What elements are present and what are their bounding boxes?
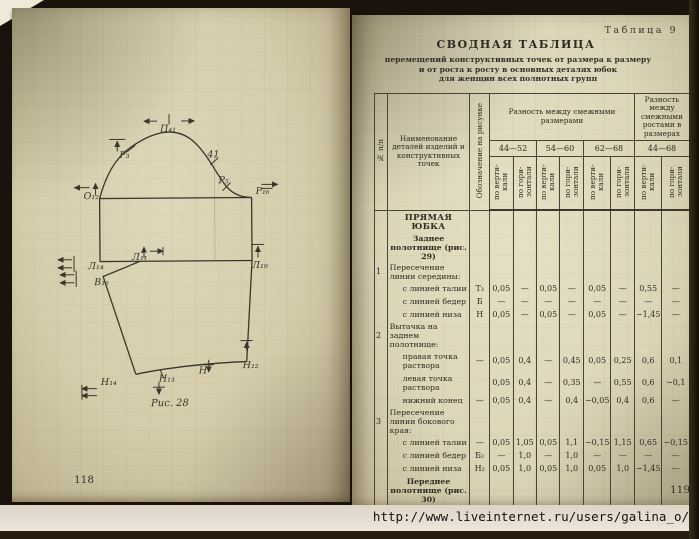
diagram-point-label: О₁₂ — [84, 191, 99, 202]
construction-line — [214, 156, 215, 261]
value-cell: — — [662, 449, 690, 462]
page-number-right: 119 — [670, 484, 690, 496]
pattern-diagram-svg — [12, 8, 350, 502]
row-label-cell: Вытачка на заднем полотнище: — [387, 321, 470, 350]
value-cell: — — [537, 295, 560, 308]
value-cell: — — [560, 295, 583, 308]
row-number-cell — [375, 295, 388, 308]
row-symbol-cell — [470, 372, 490, 394]
table-row: 1Пересечение линии середины: — [375, 262, 690, 282]
value-cell: — — [537, 350, 560, 372]
value-cell: 1,0 — [513, 462, 536, 475]
diagram-point-label: Л₁₄ — [88, 261, 104, 272]
value-cell: — — [537, 372, 560, 394]
value-cell: 0,05 — [537, 462, 560, 475]
value-cell — [513, 321, 536, 350]
table-row: с линией бедерБ₂—1,0—1,0———— — [375, 449, 690, 462]
value-cell — [611, 321, 634, 350]
col-header-horizontal: по гори- зонтали — [662, 157, 690, 211]
row-label-cell: с линией бедер — [387, 449, 470, 462]
value-cell: 0,55 — [634, 282, 662, 295]
value-cell: — — [513, 295, 536, 308]
row-symbol-cell — [470, 321, 490, 350]
value-cell — [611, 232, 634, 262]
value-cell — [611, 407, 634, 436]
row-number-cell — [375, 462, 388, 475]
value-cell — [634, 321, 662, 350]
value-cell: 0,05 — [583, 282, 611, 295]
value-cell: −1,45 — [634, 308, 662, 321]
value-cell — [634, 262, 662, 282]
value-cell: 1,15 — [611, 436, 634, 449]
value-cell: — — [662, 394, 690, 407]
value-cell — [537, 232, 560, 262]
value-cell: 0,05 — [490, 436, 513, 449]
value-cell: — — [662, 308, 690, 321]
pattern-diagram: П₄₁Р₃41Р₅О₁₂Р₁₆Л₁₄Л₁₁Л₁₉В₁₆Н₁₄Н₁₃НН₁₂ Ри… — [12, 8, 350, 502]
summary-table: № п/п Наименование деталей изделий и кон… — [374, 93, 690, 507]
row-symbol-cell — [470, 475, 490, 505]
row-symbol-cell: Т₃ — [470, 282, 490, 295]
figure-caption: Рис. 28 — [151, 398, 189, 409]
row-label-cell: нижний конец — [387, 394, 470, 407]
diagram-point-label: Р₁₆ — [256, 186, 270, 197]
value-cell: 0,55 — [611, 372, 634, 394]
value-cell: 0,05 — [490, 308, 513, 321]
value-cell: 0,4 — [611, 394, 634, 407]
diagram-point-label: П₄₁ — [160, 124, 176, 135]
value-cell — [560, 262, 583, 282]
value-cell — [634, 232, 662, 262]
table-row: 2Вытачка на заднем полотнище: — [375, 321, 690, 350]
value-cell — [560, 210, 583, 232]
page-subtitle: перемещений конструктивных точек от разм… — [352, 55, 684, 84]
value-cell: — — [611, 308, 634, 321]
value-cell: 1,05 — [513, 436, 536, 449]
value-cell — [634, 407, 662, 436]
row-number-cell: 1 — [375, 262, 388, 282]
col-header-vertical: по верти- кали — [537, 157, 560, 211]
value-cell: 0,6 — [634, 372, 662, 394]
value-cell — [490, 475, 513, 505]
value-cell — [513, 475, 536, 505]
value-cell — [583, 321, 611, 350]
value-cell — [513, 232, 536, 262]
value-cell: — — [560, 282, 583, 295]
row-symbol-cell: — — [470, 436, 490, 449]
value-cell — [662, 407, 690, 436]
row-label-cell: ПРЯМАЯ ЮБКА — [387, 210, 470, 232]
value-cell — [537, 321, 560, 350]
value-cell: 0,4 — [513, 372, 536, 394]
value-cell: 0,05 — [490, 350, 513, 372]
value-cell: 1,0 — [560, 462, 583, 475]
value-cell — [490, 232, 513, 262]
value-cell: — — [583, 449, 611, 462]
row-symbol-cell: Б₂ — [470, 449, 490, 462]
col-header-symbol: Обозначение на рисунке — [470, 94, 490, 211]
subtitle-line: и от роста к росту в основных деталях юб… — [352, 65, 684, 75]
row-label-cell: с линией талии — [387, 436, 470, 449]
row-number-cell — [375, 436, 388, 449]
value-cell: 0,05 — [583, 308, 611, 321]
value-cell: — — [513, 282, 536, 295]
pattern-outline — [99, 132, 253, 375]
col-group-growth: Разность между смежными ростами в размер… — [634, 94, 689, 141]
left-page: П₄₁Р₃41Р₅О₁₂Р₁₆Л₁₄Л₁₁Л₁₉В₁₆Н₁₄Н₁₃НН₁₂ Ри… — [12, 8, 350, 502]
direction-marks — [57, 113, 279, 400]
diagram-point-label: В₁₆ — [94, 277, 109, 288]
value-cell — [634, 210, 662, 232]
page-number-left: 118 — [74, 474, 94, 486]
diagram-point-label: Р₃ — [119, 150, 129, 161]
value-cell — [611, 210, 634, 232]
right-page: Таблица 9 СВОДНАЯ ТАБЛИЦА перемещений ко… — [352, 15, 690, 507]
value-cell: 0,4 — [560, 394, 583, 407]
row-number-cell — [375, 394, 388, 407]
value-cell: −0,15 — [583, 436, 611, 449]
value-cell — [583, 475, 611, 505]
value-cell: — — [662, 462, 690, 475]
table-row: Переднее полотнище (рис. 30) — [375, 475, 690, 505]
value-cell: 0,05 — [537, 436, 560, 449]
value-cell: — — [662, 295, 690, 308]
value-cell — [662, 321, 690, 350]
value-cell: — — [490, 449, 513, 462]
value-cell — [583, 407, 611, 436]
value-cell: 1,1 — [560, 436, 583, 449]
row-number-cell — [375, 350, 388, 372]
diagram-point-label: Л₁₁ — [132, 252, 148, 263]
value-cell — [662, 232, 690, 262]
value-cell — [634, 475, 662, 505]
table-row: с линией бедерБ———————— — [375, 295, 690, 308]
value-cell: — — [634, 449, 662, 462]
value-cell: 0,05 — [583, 350, 611, 372]
value-cell — [611, 475, 634, 505]
row-symbol-cell: Н — [470, 308, 490, 321]
value-cell — [513, 262, 536, 282]
row-label-cell: с линией низа — [387, 308, 470, 321]
value-cell: 0,05 — [537, 308, 560, 321]
value-cell — [490, 407, 513, 436]
row-number-cell — [375, 475, 388, 505]
value-cell: −0,15 — [662, 436, 690, 449]
value-cell: 0,05 — [490, 372, 513, 394]
row-symbol-cell: Н₂ — [470, 462, 490, 475]
col-header-horizontal: по гори- зонтали — [611, 157, 634, 211]
value-cell — [560, 407, 583, 436]
col-header-num: № п/п — [375, 94, 388, 211]
value-cell: — — [611, 295, 634, 308]
value-cell — [583, 262, 611, 282]
value-cell: — — [537, 394, 560, 407]
value-cell — [662, 210, 690, 232]
value-cell: — — [583, 295, 611, 308]
table-row: с линией талии—0,051,050,051,1−0,151,150… — [375, 436, 690, 449]
value-cell — [513, 210, 536, 232]
table-row: 3Пересечение линии бокового края: — [375, 407, 690, 436]
subtitle-line: перемещений конструктивных точек от разм… — [352, 55, 684, 65]
value-cell: — — [513, 308, 536, 321]
row-label-cell: Пересечение линии середины: — [387, 262, 470, 282]
row-symbol-cell: — — [470, 394, 490, 407]
value-cell: 1,0 — [513, 449, 536, 462]
value-cell: 1,0 — [611, 462, 634, 475]
col-header-vertical: по верти- кали — [490, 157, 513, 211]
watermark-url: http://www.liveinternet.ru/users/galina_… — [373, 509, 689, 524]
table-row: Заднее полотнище (рис. 29) — [375, 232, 690, 262]
row-number-cell — [375, 449, 388, 462]
table-row: с линией низаН₂0,051,00,051,00,051,0−1,4… — [375, 462, 690, 475]
row-label-cell: Заднее полотнище (рис. 29) — [387, 232, 470, 262]
row-label-cell: Пересечение линии бокового края: — [387, 407, 470, 436]
value-cell — [490, 262, 513, 282]
diagram-point-label: Л₁₉ — [252, 260, 268, 271]
table-tag: Таблица 9 — [605, 25, 678, 36]
row-symbol-cell — [470, 407, 490, 436]
table-row: левая точка раствора0,050,4—0,35—0,550,6… — [375, 372, 690, 394]
value-cell: — — [611, 449, 634, 462]
row-symbol-cell — [470, 262, 490, 282]
value-cell: −0,05 — [583, 394, 611, 407]
value-cell: 0,1 — [662, 350, 690, 372]
value-cell: — — [490, 295, 513, 308]
value-cell: — — [560, 308, 583, 321]
size-range: 62—68 — [583, 141, 634, 157]
value-cell — [513, 407, 536, 436]
row-label-cell: с линией талии — [387, 282, 470, 295]
row-label-cell: левая точка раствора — [387, 372, 470, 394]
value-cell: 0,4 — [513, 350, 536, 372]
scan-bottom-edge — [0, 531, 699, 539]
value-cell: — — [611, 282, 634, 295]
value-cell: — — [634, 295, 662, 308]
value-cell: −1,45 — [634, 462, 662, 475]
diagram-point-label: 41 — [207, 149, 219, 160]
table-row: правая точка раствора—0,050,4—0,450,050,… — [375, 350, 690, 372]
subtitle-line: для женщин всех полнотных групп — [352, 74, 684, 84]
diagram-point-label: Н₁₄ — [101, 377, 117, 388]
row-number-cell — [375, 308, 388, 321]
col-header-name: Наименование деталей изделий и конструкт… — [387, 94, 470, 211]
value-cell — [583, 232, 611, 262]
value-cell: 0,05 — [490, 462, 513, 475]
value-cell: 0,45 — [560, 350, 583, 372]
row-label-cell: правая точка раствора — [387, 350, 470, 372]
size-range: 54—60 — [537, 141, 584, 157]
diagram-point-label: Н — [199, 365, 207, 376]
page-title: СВОДНАЯ ТАБЛИЦА — [352, 38, 680, 51]
table-row: с линией талииТ₃0,05—0,05—0,05—0,55— — [375, 282, 690, 295]
row-label-cell: Переднее полотнище (рис. 30) — [387, 475, 470, 505]
value-cell: 0,6 — [634, 394, 662, 407]
value-cell — [490, 321, 513, 350]
row-number-cell: 3 — [375, 407, 388, 436]
col-header-vertical: по верти- кали — [634, 157, 662, 211]
value-cell — [560, 232, 583, 262]
value-cell — [537, 407, 560, 436]
value-cell: — — [537, 449, 560, 462]
value-cell: 0,4 — [513, 394, 536, 407]
value-cell — [611, 262, 634, 282]
value-cell: 0,65 — [634, 436, 662, 449]
row-number-cell — [375, 282, 388, 295]
value-cell: — — [583, 372, 611, 394]
value-cell — [560, 475, 583, 505]
value-cell: −0,1 — [662, 372, 690, 394]
col-group-sizes: Разность между смежными размерами — [490, 94, 635, 141]
scan-right-edge — [689, 0, 699, 539]
row-label-cell: с линией низа — [387, 462, 470, 475]
value-cell: 1,0 — [560, 449, 583, 462]
value-cell — [537, 262, 560, 282]
col-header-horizontal: по гори- зонтали — [513, 157, 536, 211]
table-row: с линией низаН0,05—0,05—0,05—−1,45— — [375, 308, 690, 321]
table-row: нижний конец—0,050,4—0,4−0,050,40,6— — [375, 394, 690, 407]
value-cell — [537, 475, 560, 505]
summary-table-body: ПРЯМАЯ ЮБКАЗаднее полотнище (рис. 29)1Пе… — [375, 210, 690, 507]
value-cell: 0,05 — [490, 282, 513, 295]
col-header-horizontal: по гори- зонтали — [560, 157, 583, 211]
value-cell: 0,05 — [537, 282, 560, 295]
value-cell — [662, 262, 690, 282]
value-cell: 0,05 — [490, 394, 513, 407]
diagram-point-label: Р₅ — [218, 175, 228, 186]
row-number-cell: 2 — [375, 321, 388, 350]
value-cell — [537, 210, 560, 232]
row-symbol-cell: Б — [470, 295, 490, 308]
diagram-point-label: Н₁₃ — [159, 374, 175, 385]
row-symbol-cell — [470, 232, 490, 262]
value-cell: 0,6 — [634, 350, 662, 372]
value-cell: 0,25 — [611, 350, 634, 372]
row-label-cell: с линией бедер — [387, 295, 470, 308]
row-number-cell — [375, 232, 388, 262]
value-cell — [583, 210, 611, 232]
row-number-cell — [375, 210, 388, 232]
row-symbol-cell: — — [470, 350, 490, 372]
table-row: ПРЯМАЯ ЮБКА — [375, 210, 690, 232]
value-cell — [490, 210, 513, 232]
value-cell: 0,05 — [583, 462, 611, 475]
value-cell — [560, 321, 583, 350]
size-range: 44—52 — [490, 141, 537, 157]
diagram-point-label: Н₁₂ — [243, 360, 259, 371]
value-cell: — — [662, 282, 690, 295]
growth-range: 44—68 — [634, 141, 689, 157]
col-header-vertical: по верти- кали — [583, 157, 611, 211]
scan-footer-strip: http://www.liveinternet.ru/users/galina_… — [0, 505, 699, 532]
row-number-cell — [375, 372, 388, 394]
row-symbol-cell — [470, 210, 490, 232]
value-cell: 0,35 — [560, 372, 583, 394]
table-header-row: № п/п Наименование деталей изделий и кон… — [375, 94, 690, 141]
